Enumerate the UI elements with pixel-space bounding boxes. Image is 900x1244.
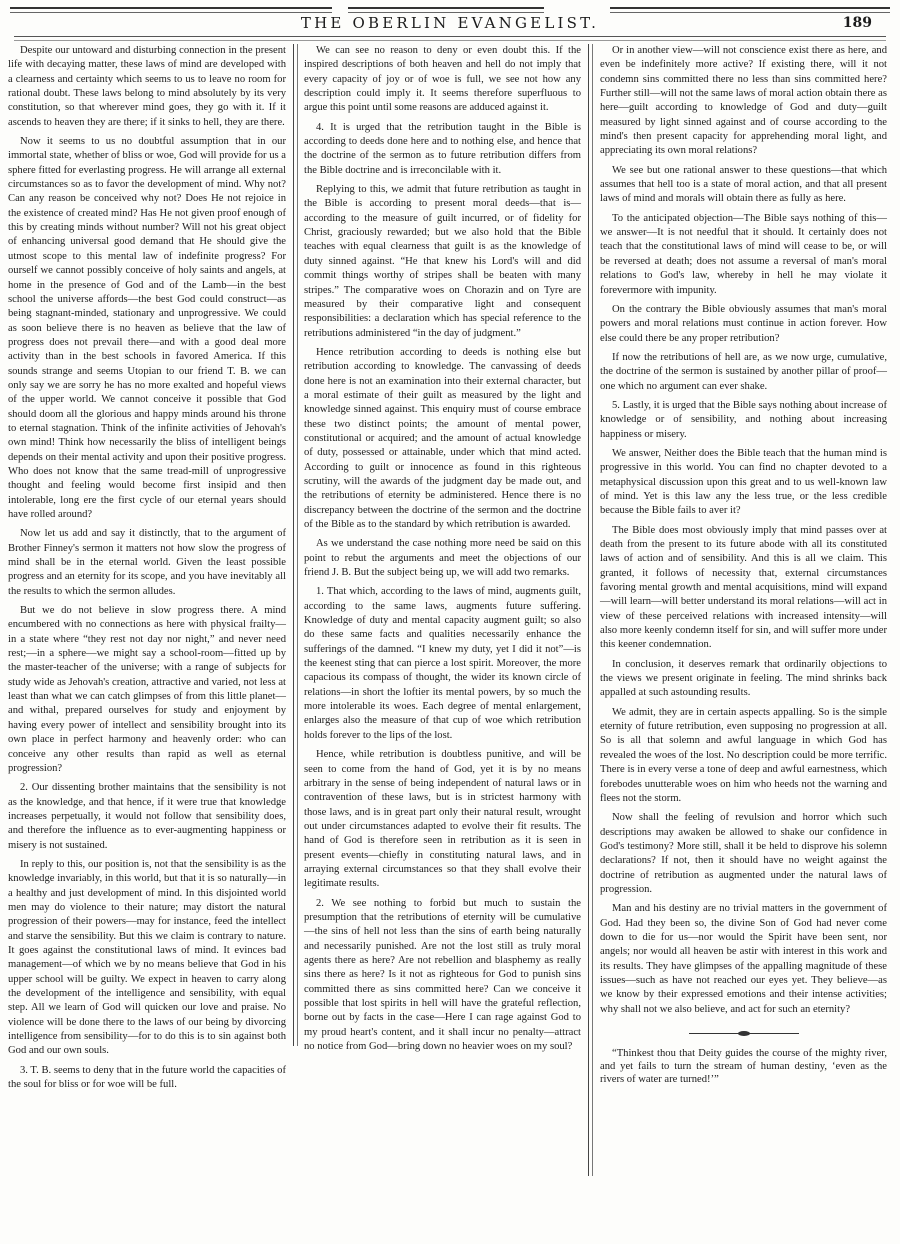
paragraph: We can see no reason to deny or even dou…: [304, 44, 581, 116]
closing-quote: “Thinkest thou that Deity guides the cou…: [600, 1047, 887, 1086]
page-title: THE OBERLIN EVANGELIST.: [0, 14, 900, 32]
paragraph: Hence retribution according to deeds is …: [304, 346, 581, 532]
paragraph: 5. Lastly, it is urged that the Bible sa…: [600, 399, 887, 442]
paragraph: 4. It is urged that the retribution taug…: [304, 121, 581, 178]
paragraph: Now it seems to us no doubtful assumptio…: [8, 135, 286, 522]
paragraph: We admit, they are in certain aspects ap…: [600, 706, 887, 806]
column-2: We can see no reason to deny or even dou…: [304, 44, 581, 1059]
column-divider: [293, 44, 298, 1046]
paragraph: In conclusion, it deserves remark that o…: [600, 658, 887, 701]
column-1: Despite our untoward and disturbing conn…: [8, 44, 286, 1097]
top-rules: [10, 5, 892, 13]
paragraph: 1. That which, according to the laws of …: [304, 585, 581, 743]
paragraph: Now shall the feeling of revulsion and h…: [600, 811, 887, 897]
page-number: 189: [843, 15, 872, 31]
paragraph: We answer, Neither does the Bible teach …: [600, 447, 887, 519]
article-columns: Despite our untoward and disturbing conn…: [8, 44, 892, 1234]
paragraph: On the contrary the Bible obviously assu…: [600, 303, 887, 346]
paragraph: As we understand the case nothing more n…: [304, 537, 581, 580]
rule-left: [10, 7, 332, 13]
paragraph: To the anticipated objection—The Bible s…: [600, 212, 887, 298]
paragraph: The Bible does most obviously imply that…: [600, 524, 887, 653]
paragraph: 2. Our dissenting brother maintains that…: [8, 781, 286, 853]
paragraph: In reply to this, our position is, not t…: [8, 858, 286, 1059]
paragraph: But we do not believe in slow progress t…: [8, 604, 286, 776]
paragraph: Hence, while retribution is doubtless pu…: [304, 748, 581, 891]
column-divider: [588, 44, 593, 1176]
rule-center: [348, 7, 544, 13]
paragraph: Now let us add and say it distinctly, th…: [8, 527, 286, 599]
section-ornament: [689, 1031, 799, 1037]
paragraph: If now the retributions of hell are, as …: [600, 351, 887, 394]
paragraph: 2. We see nothing to forbid but much to …: [304, 897, 581, 1055]
paragraph: Or in another view—will not conscience e…: [600, 44, 887, 159]
paragraph: Despite our untoward and disturbing conn…: [8, 44, 286, 130]
paragraph: 3. T. B. seems to deny that in the futur…: [8, 1064, 286, 1093]
column-3: Or in another view—will not conscience e…: [600, 44, 887, 1091]
paragraph: Man and his destiny are no trivial matte…: [600, 902, 887, 1017]
paragraph: Replying to this, we admit that future r…: [304, 183, 581, 341]
masthead: THE OBERLIN EVANGELIST. 189: [0, 14, 900, 36]
rule-right: [610, 7, 890, 13]
header-rule: [14, 36, 886, 41]
paragraph: We see but one rational answer to these …: [600, 164, 887, 207]
